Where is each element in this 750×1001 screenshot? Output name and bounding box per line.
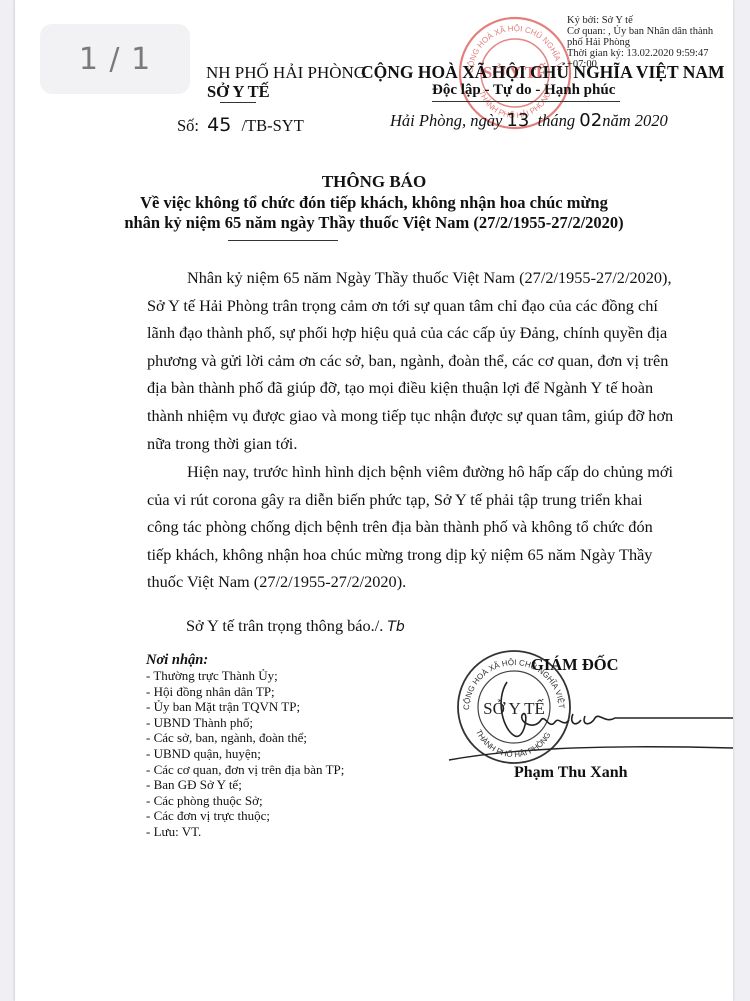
signer-name: Phạm Thu Xanh (514, 764, 628, 782)
department-name: SỞ Y TẾ (207, 82, 270, 102)
notice-subject-line-2: nhân kỷ niệm 65 năm ngày Thầy thuốc Việt… (15, 213, 733, 233)
body-paragraph-1: Nhân kỷ niệm 65 năm Ngày Thầy thuốc Việt… (147, 264, 640, 457)
recipient-item: - Hội đồng nhân dân TP; (146, 684, 344, 700)
recipient-item: - Ủy ban Mặt trận TQVN TP; (146, 699, 344, 715)
issue-date: Hải Phòng, ngày 13 tháng 02năm 2020 (390, 110, 668, 131)
digital-signature-info: Ký bởi: Sở Y tế Cơ quan: , Ủy ban Nhân d… (567, 15, 713, 70)
recipient-item: - UBND Thành phố; (146, 715, 344, 731)
body-paragraph-2: Hiện nay, trước hình hình dịch bệnh viêm… (147, 458, 640, 596)
recipient-item: - UBND quận, huyện; (146, 746, 344, 762)
divider (220, 102, 256, 103)
divider (228, 240, 338, 241)
recipient-item: - Các phòng thuộc Sở; (146, 793, 344, 809)
date-month: 02 (579, 110, 602, 131)
recipient-item: - Ban GĐ Sở Y tế; (146, 777, 344, 793)
closing-statement: Sở Y tế trân trọng thông báo./.Tb (186, 616, 405, 636)
doc-number-label: Số: (177, 116, 199, 135)
document-page: CỘNG HOÀ XÃ HỘI CHỦ NGHĨA VIỆT NAM THÀNH… (15, 0, 733, 1001)
recipient-item: - Các cơ quan, đơn vị trên địa bàn TP; (146, 762, 344, 778)
document-number: Số: 45 /TB-SYT (177, 114, 304, 136)
recipient-item: - Thường trực Thành Ủy; (146, 668, 344, 684)
doc-number-suffix: /TB-SYT (241, 116, 303, 135)
page-indicator: 1 / 1 (40, 24, 190, 94)
recipient-item: - Lưu: VT. (146, 824, 344, 840)
recipients-title: Nơi nhận: (146, 652, 208, 669)
date-day: 13 (506, 110, 529, 131)
recipient-item: - Các đơn vị trực thuộc; (146, 808, 344, 824)
recipient-item: - Các sở, ban, ngành, đoàn thể; (146, 730, 344, 746)
handwritten-signature-icon (445, 670, 735, 770)
doc-number-value: 45 (207, 114, 231, 136)
recipients-list: - Thường trực Thành Ủy; - Hội đồng nhân … (146, 668, 344, 840)
notice-subject-line-1: Về việc không tổ chức đón tiếp khách, kh… (15, 193, 733, 213)
issuing-authority: NH PHỐ HẢI PHÒNG (206, 63, 366, 83)
notice-title: THÔNG BÁO (15, 172, 733, 192)
handwritten-initials: Tb (387, 619, 404, 635)
national-motto: Độc lập - Tự do - Hạnh phúc (432, 82, 615, 99)
divider (432, 101, 620, 102)
